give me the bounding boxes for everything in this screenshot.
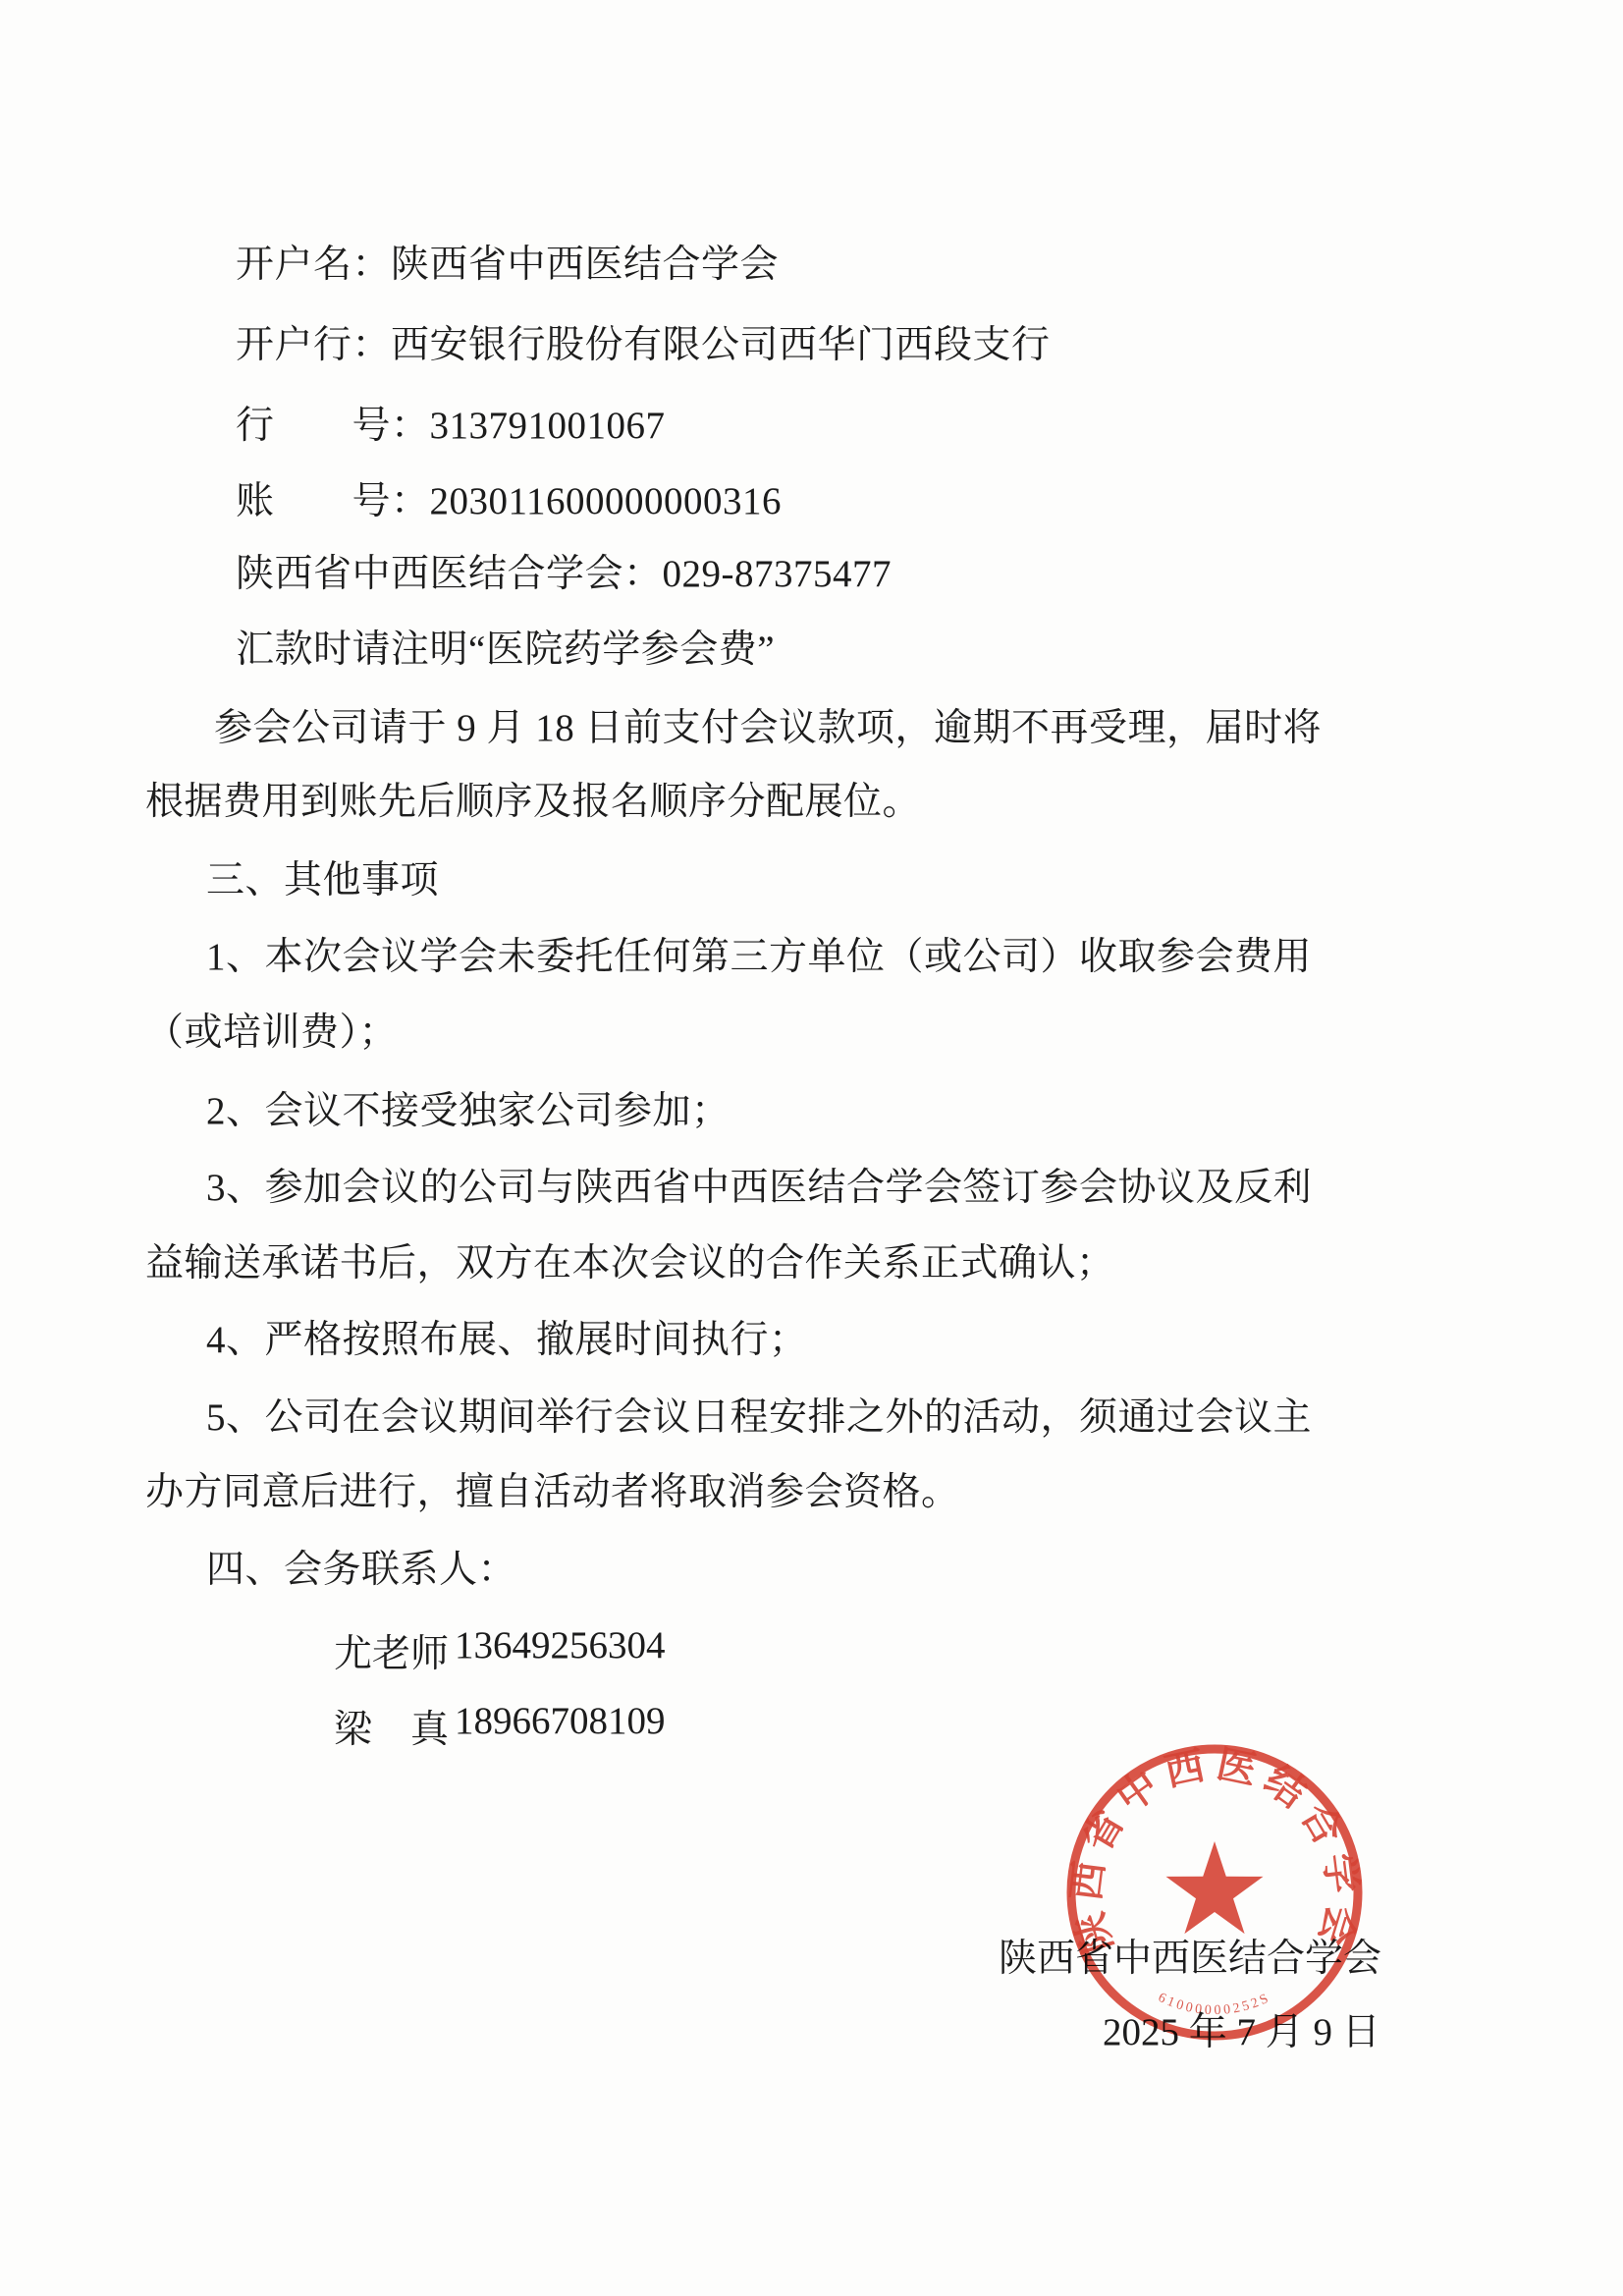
official-seal: 陕西省中西医结合学会 61000000252S (1057, 1735, 1372, 2050)
contact-phone: 18966708109 (455, 1699, 666, 1754)
other-matters-item4: 4、严格按照布展、撤展时间执行； (206, 1319, 808, 1363)
contact-row-you: 尤老师 13649256304 (334, 1623, 666, 1678)
payment-notice-line-1: 参会公司请于 9 月 18 日前支付会议款项，逾期不再受理，届时将 (214, 707, 1322, 751)
bank-number-line: 行 号：313791001067 (236, 405, 666, 449)
contact-row-liang: 梁 真 18966708109 (334, 1699, 666, 1754)
contacts-heading: 四、会务联系人： (206, 1549, 516, 1593)
other-matters-item1-line1: 1、本次会议学会未委托任何第三方单位（或公司）收取参会费用 (206, 936, 1312, 980)
other-matters-item2: 2、会议不接受独家公司参加； (206, 1090, 730, 1134)
bank-branch-line: 开户行：西安银行股份有限公司西华门西段支行 (236, 324, 1051, 368)
other-matters-item1-line2: （或培训费）； (145, 1011, 398, 1056)
contact-phone: 13649256304 (455, 1623, 666, 1678)
payment-notice-line-2: 根据费用到账先后顺序及报名顺序分配展位。 (145, 781, 921, 825)
other-matters-item5-line1: 5、公司在会议期间举行会议日程安排之外的活动，须通过会议主 (206, 1396, 1312, 1441)
other-matters-heading: 三、其他事项 (206, 859, 439, 903)
svg-text:61000000252S: 61000000252S (1156, 1991, 1273, 2018)
remit-note-line: 汇款时请注明“医院药学参会费” (236, 629, 775, 673)
bank-account-number-line: 账 号：203011600000000316 (236, 480, 782, 524)
bank-account-name-line: 开户名：陕西省中西医结合学会 (236, 244, 779, 288)
document-page: 开户名：陕西省中西医结合学会 开户行：西安银行股份有限公司西华门西段支行 行 号… (0, 0, 1623, 2296)
contact-name: 尤老师 (334, 1623, 449, 1678)
other-matters-item5-line2: 办方同意后进行，擅自活动者将取消参会资格。 (145, 1471, 960, 1515)
society-phone-line: 陕西省中西医结合学会：029-87375477 (236, 553, 892, 597)
seal-code-text: 61000000252S (1156, 1991, 1273, 2018)
other-matters-item3-line2: 益输送承诺书后，双方在本次会议的合作关系正式确认； (145, 1242, 1115, 1286)
seal-star-icon (1166, 1841, 1264, 1934)
contact-name: 梁 真 (334, 1699, 449, 1754)
other-matters-item3-line1: 3、参加会议的公司与陕西省中西医结合学会签订参会协议及反利 (206, 1167, 1312, 1211)
